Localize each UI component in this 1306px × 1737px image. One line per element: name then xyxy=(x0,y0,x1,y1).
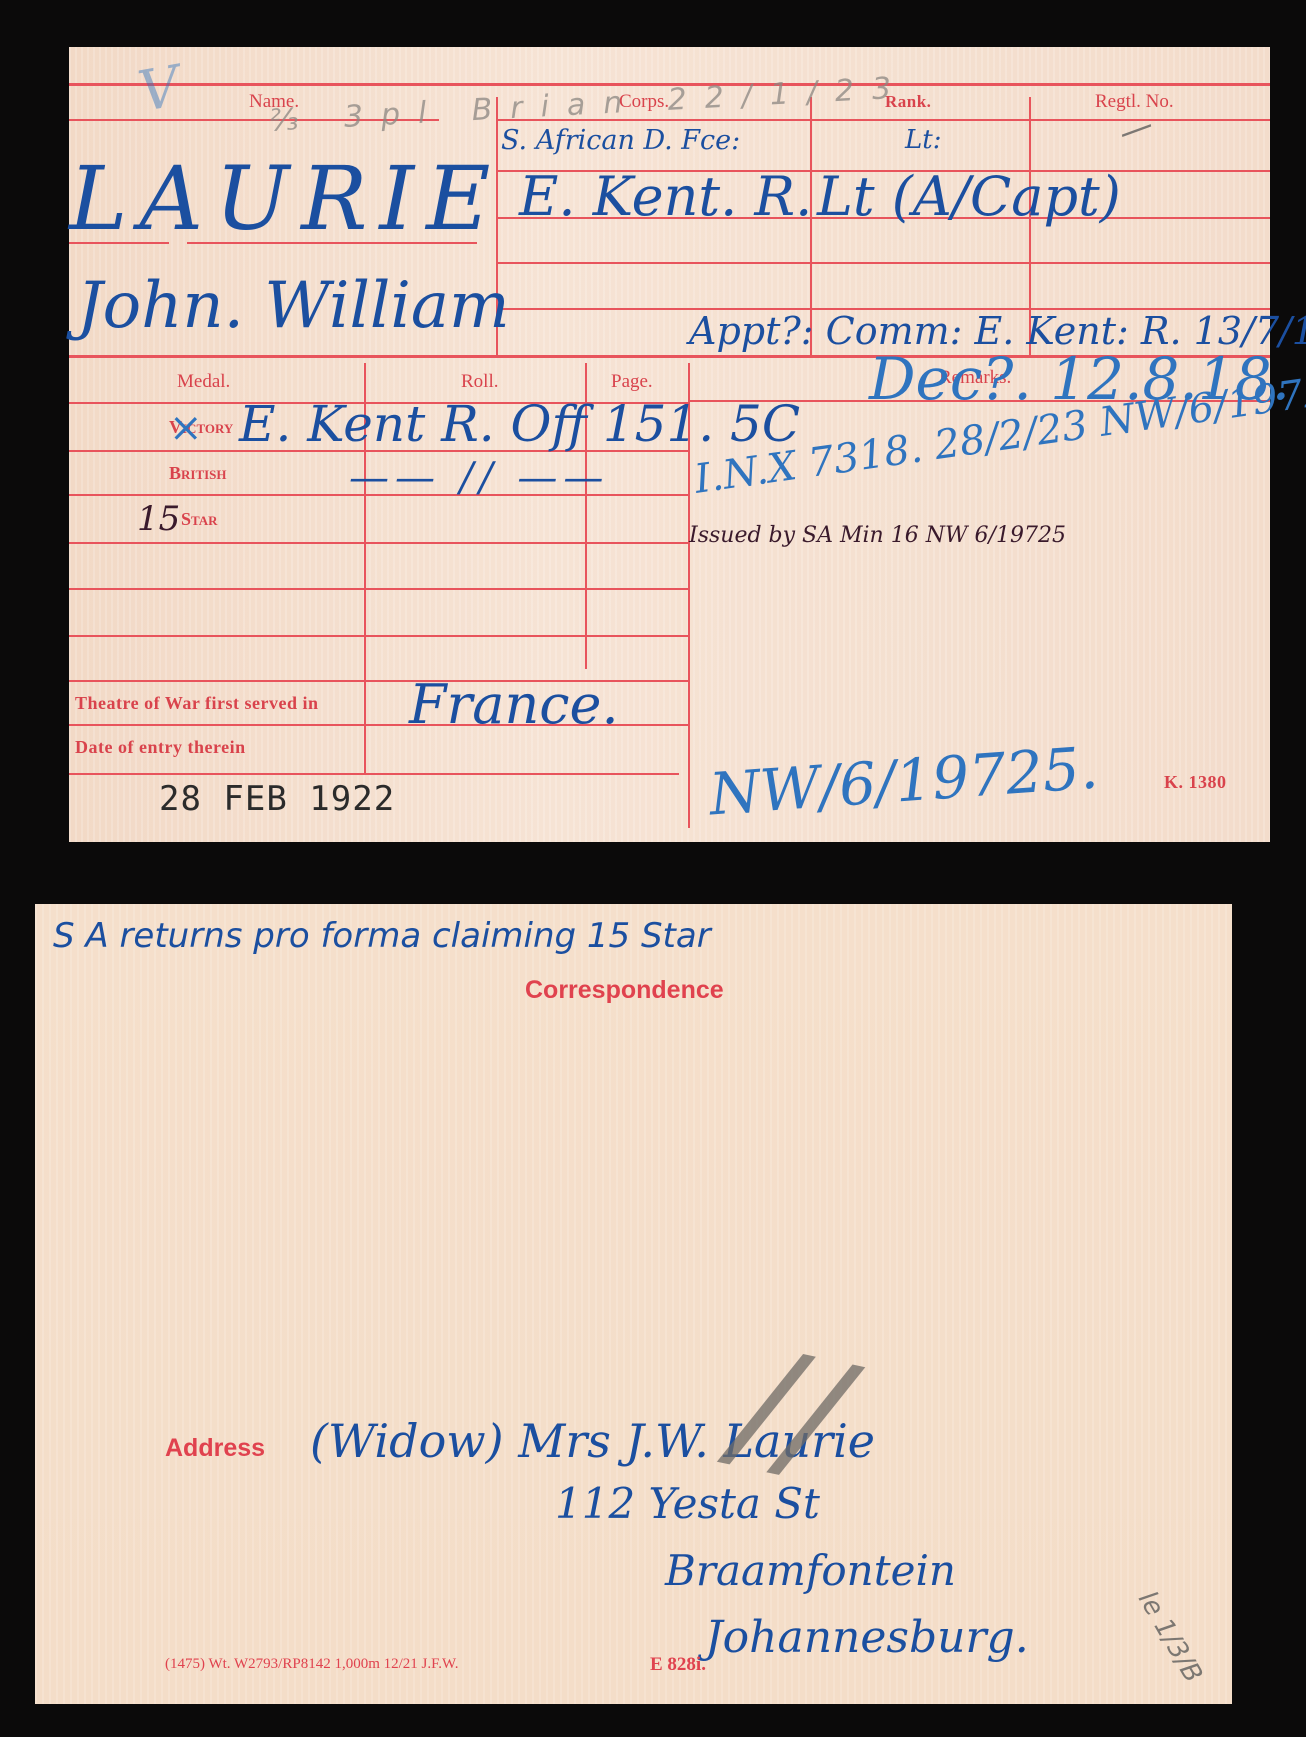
star-prefix: 15 xyxy=(137,499,180,539)
address-line-3: Braamfontein xyxy=(665,1546,956,1595)
check-mark: V xyxy=(134,54,185,125)
label-star: Star xyxy=(181,509,218,530)
address-label: Address xyxy=(165,1434,265,1463)
back-top-note: S A returns pro forma claiming 15 Star xyxy=(53,916,711,956)
print-code: (1475) Wt. W2793/RP8142 1,000m 12/21 J.F… xyxy=(165,1656,459,1673)
remarks-line-2: Issued by SA Min 16 NW 6/19725 xyxy=(689,523,1066,548)
given-names: John. William xyxy=(77,269,510,343)
address-line-4: Johannesburg. xyxy=(705,1612,1029,1663)
corps-entry-2: E. Kent. R. xyxy=(519,165,812,228)
corps-entry-1: S. African D. Fce: xyxy=(501,125,740,156)
rule-bottom xyxy=(69,773,679,775)
label-roll: Roll. xyxy=(461,371,498,393)
form-number: K. 1380 xyxy=(1164,772,1227,793)
label-date-entry: Date of entry therein xyxy=(75,737,246,758)
surname: LAURIE xyxy=(69,147,502,250)
rule-blank-1 xyxy=(69,588,689,590)
label-medal: Medal. xyxy=(177,371,230,393)
medal-index-card-front: Name. Corps. Rank. Regtl. No. Medal. Rol… xyxy=(69,47,1270,842)
pencil-corner-note: le 1/3/B xyxy=(1132,1586,1208,1688)
form-code: E 828i. xyxy=(650,1654,706,1676)
label-page: Page. xyxy=(611,371,653,393)
rule-star xyxy=(69,542,689,544)
label-british: British xyxy=(169,463,227,484)
medal-index-card-back: S A returns pro forma claiming 15 Star C… xyxy=(35,904,1232,1704)
reference-footer: NW/6/19725. xyxy=(707,734,1100,829)
medal-roll-ditto: —— // —— xyxy=(349,455,609,501)
rule-blank-2 xyxy=(69,635,689,637)
victory-cross: × xyxy=(169,405,203,451)
date-stamp: 28 FEB 1922 xyxy=(159,779,395,819)
pencil-stroke-mark: // xyxy=(723,1315,858,1506)
theatre-value: France. xyxy=(409,673,619,736)
label-theatre: Theatre of War first served in xyxy=(75,693,318,714)
rule-row-3 xyxy=(497,262,1270,264)
rank-entry-2: Lt (A/Capt) xyxy=(817,165,1121,228)
correspondence-title: Correspondence xyxy=(525,976,724,1005)
rank-entry-1: Lt: xyxy=(905,125,941,155)
medal-roll-entry: E. Kent R. Off 151. 5C xyxy=(239,395,800,453)
